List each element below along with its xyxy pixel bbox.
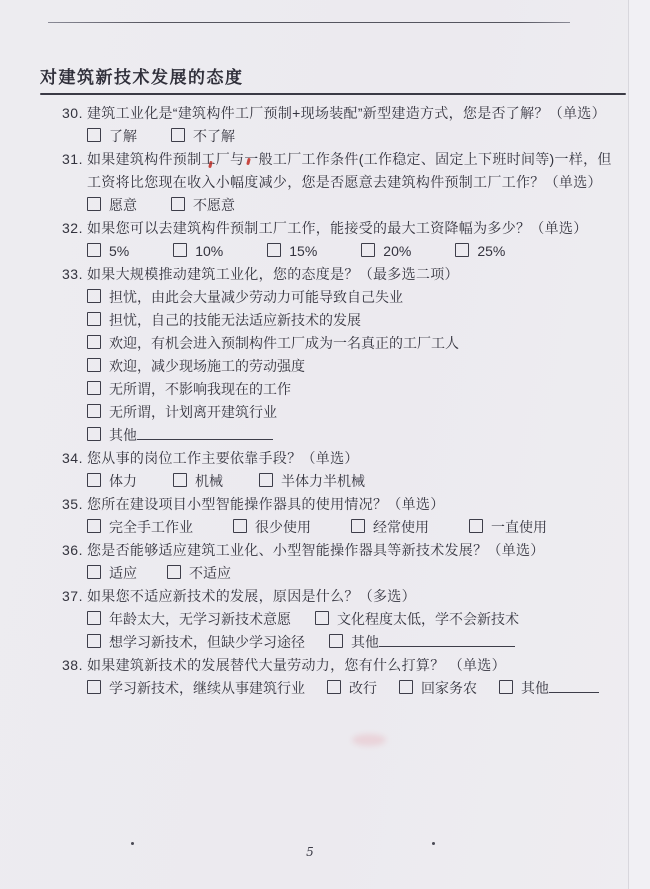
answer-option[interactable]: 回家务农	[399, 677, 477, 700]
question-body: 您是否能够适应建筑工业化、小型智能操作器具等新技术发展？（单选）适应不适应	[87, 539, 626, 585]
checkbox-icon[interactable]	[399, 680, 413, 694]
answer-option[interactable]: 其他	[329, 631, 515, 654]
options-row: 想学习新技术，但缺少学习途径其他	[87, 631, 626, 654]
option-label: 愿意	[109, 197, 137, 213]
options-row: 了解不了解	[87, 125, 626, 148]
options-row: 担忧，由此会大量减少劳动力可能导致自己失业	[87, 286, 626, 309]
answer-option[interactable]: 很少使用	[233, 516, 311, 539]
checkbox-icon[interactable]	[87, 381, 101, 395]
answer-option[interactable]: 无所谓，不影响我现在的工作	[87, 378, 291, 401]
option-label: 欢迎，有机会进入预制构件工厂成为一名真正的工厂工人	[109, 335, 459, 351]
answer-option[interactable]: 机械	[173, 470, 223, 493]
option-label: 担忧，自己的技能无法适应新技术的发展	[109, 312, 361, 328]
checkbox-icon[interactable]	[87, 680, 101, 694]
question-text: 如果您可以去建筑构件预制工厂工作，能接受的最大工资降幅为多少？（单选）	[87, 217, 626, 240]
option-label: 20%	[383, 243, 411, 259]
question-body: 如果建筑构件预制工厂与一般工厂工作条件(工作稳定、固定上下班时间等)一样，但工资…	[87, 148, 626, 217]
question-number: 37.	[62, 585, 87, 608]
options-row: 担忧，自己的技能无法适应新技术的发展	[87, 309, 626, 332]
fill-in-blank-line[interactable]	[137, 425, 273, 440]
option-label: 文化程度太低，学不会新技术	[337, 611, 519, 627]
answer-option[interactable]: 适应	[87, 562, 137, 585]
question-body: 如果您可以去建筑构件预制工厂工作，能接受的最大工资降幅为多少？（单选）5%10%…	[87, 217, 626, 263]
question-text: 如果大规模推动建筑工业化，您的态度是？（最多选二项）	[87, 263, 626, 286]
answer-option[interactable]: 担忧，由此会大量减少劳动力可能导致自己失业	[87, 286, 403, 309]
option-label: 学习新技术，继续从事建筑行业	[109, 680, 305, 696]
page-edge-strip	[629, 0, 650, 889]
option-label: 5%	[109, 243, 129, 259]
option-label: 其他	[351, 634, 379, 650]
checkbox-icon[interactable]	[87, 289, 101, 303]
checkbox-icon[interactable]	[315, 611, 329, 625]
option-label: 了解	[109, 128, 137, 144]
options-row: 无所谓，计划离开建筑行业	[87, 401, 626, 424]
option-label: 无所谓，不影响我现在的工作	[109, 381, 291, 397]
option-label: 适应	[109, 565, 137, 581]
answer-option[interactable]: 文化程度太低，学不会新技术	[315, 608, 519, 631]
question-30: 30.建筑工业化是“建筑构件工厂预制+现场装配”新型建造方式，您是否了解？（单选…	[62, 102, 626, 148]
option-label: 很少使用	[255, 519, 311, 535]
options-row: 欢迎，有机会进入预制构件工厂成为一名真正的工厂工人	[87, 332, 626, 355]
checkbox-icon[interactable]	[173, 243, 187, 257]
scanned-survey-page: { "page": { "title": "对建筑新技术发展的态度", "pag…	[0, 0, 650, 889]
page-edge-crease	[628, 0, 629, 889]
question-number: 32.	[62, 217, 87, 240]
option-label: 一直使用	[491, 519, 547, 535]
checkbox-icon[interactable]	[329, 634, 343, 648]
answer-option[interactable]: 半体力半机械	[259, 470, 365, 493]
checkbox-icon[interactable]	[87, 358, 101, 372]
answer-option[interactable]: 25%	[455, 240, 505, 263]
question-text: 建筑工业化是“建筑构件工厂预制+现场装配”新型建造方式，您是否了解？（单选）	[87, 102, 626, 125]
option-label: 体力	[109, 473, 137, 489]
top-scan-line	[48, 22, 570, 23]
options-row: 愿意不愿意	[87, 194, 626, 217]
checkbox-icon[interactable]	[259, 473, 273, 487]
answer-option[interactable]: 不愿意	[171, 194, 235, 217]
question-number: 34.	[62, 447, 87, 470]
option-label: 完全手工作业	[109, 519, 193, 535]
option-label: 不了解	[193, 128, 235, 144]
option-label: 经常使用	[373, 519, 429, 535]
option-label: 想学习新技术，但缺少学习途径	[109, 634, 305, 650]
checkbox-icon[interactable]	[469, 519, 483, 533]
question-body: 如果您不适应新技术的发展，原因是什么？（多选）年龄太大，无学习新技术意愿文化程度…	[87, 585, 626, 654]
option-label: 15%	[289, 243, 317, 259]
question-38: 38.如果建筑新技术的发展替代大量劳动力，您有什么打算？ （单选）学习新技术，继…	[62, 654, 626, 700]
checkbox-icon[interactable]	[87, 565, 101, 579]
page-number: 5	[0, 845, 620, 859]
answer-option[interactable]: 其他	[87, 424, 273, 447]
checkbox-icon[interactable]	[87, 404, 101, 418]
question-33: 33.如果大规模推动建筑工业化，您的态度是？（最多选二项）担忧，由此会大量减少劳…	[62, 263, 626, 447]
question-text: 如果建筑新技术的发展替代大量劳动力，您有什么打算？ （单选）	[87, 654, 626, 677]
options-row: 无所谓，不影响我现在的工作	[87, 378, 626, 401]
answer-option[interactable]: 体力	[87, 470, 137, 493]
question-number: 38.	[62, 654, 87, 677]
answer-option[interactable]: 无所谓，计划离开建筑行业	[87, 401, 277, 424]
question-number: 30.	[62, 102, 87, 125]
checkbox-icon[interactable]	[327, 680, 341, 694]
options-row: 年龄太大，无学习新技术意愿文化程度太低，学不会新技术	[87, 608, 626, 631]
option-label: 机械	[195, 473, 223, 489]
options-row: 体力机械半体力半机械	[87, 470, 626, 493]
answer-option[interactable]: 学习新技术，继续从事建筑行业	[87, 677, 305, 700]
checkbox-icon[interactable]	[87, 634, 101, 648]
option-label: 不适应	[189, 565, 231, 581]
answer-option[interactable]: 经常使用	[351, 516, 429, 539]
answer-option[interactable]: 20%	[361, 240, 411, 263]
pink-ink-smudge	[352, 734, 386, 746]
checkbox-icon[interactable]	[87, 243, 101, 257]
checkbox-icon[interactable]	[87, 473, 101, 487]
checkbox-icon[interactable]	[87, 427, 101, 441]
option-label: 10%	[195, 243, 223, 259]
option-label: 改行	[349, 680, 377, 696]
options-row: 适应不适应	[87, 562, 626, 585]
question-number: 35.	[62, 493, 87, 516]
checkbox-icon[interactable]	[87, 312, 101, 326]
answer-option[interactable]: 欢迎，减少现场施工的劳动强度	[87, 355, 305, 378]
options-row: 5%10%15%20%25%	[87, 240, 626, 263]
answer-option[interactable]: 10%	[173, 240, 223, 263]
answer-option[interactable]: 了解	[87, 125, 137, 148]
checkbox-icon[interactable]	[167, 565, 181, 579]
question-32: 32.如果您可以去建筑构件预制工厂工作，能接受的最大工资降幅为多少？（单选）5%…	[62, 217, 626, 263]
option-label: 年龄太大，无学习新技术意愿	[109, 611, 291, 627]
answer-option[interactable]: 愿意	[87, 194, 137, 217]
option-label: 无所谓，计划离开建筑行业	[109, 404, 277, 420]
option-label: 担忧，由此会大量减少劳动力可能导致自己失业	[109, 289, 403, 305]
options-row: 其他	[87, 424, 626, 447]
options-row: 欢迎，减少现场施工的劳动强度	[87, 355, 626, 378]
options-row: 完全手工作业很少使用经常使用一直使用	[87, 516, 626, 539]
checkbox-icon[interactable]	[173, 473, 187, 487]
option-label: 欢迎，减少现场施工的劳动强度	[109, 358, 305, 374]
question-text: 如果建筑构件预制工厂与一般工厂工作条件(工作稳定、固定上下班时间等)一样，但工资…	[87, 148, 626, 194]
checkbox-icon[interactable]	[171, 197, 185, 211]
question-text: 如果您不适应新技术的发展，原因是什么？（多选）	[87, 585, 626, 608]
answer-option[interactable]: 年龄太大，无学习新技术意愿	[87, 608, 291, 631]
question-text: 您所在建设项目小型智能操作器具的使用情况？（单选）	[87, 493, 626, 516]
checkbox-icon[interactable]	[233, 519, 247, 533]
answer-option[interactable]: 不适应	[167, 562, 231, 585]
option-label: 半体力半机械	[281, 473, 365, 489]
checkbox-icon[interactable]	[87, 128, 101, 142]
answer-option[interactable]: 欢迎，有机会进入预制构件工厂成为一名真正的工厂工人	[87, 332, 459, 355]
checkbox-icon[interactable]	[351, 519, 365, 533]
checkbox-icon[interactable]	[361, 243, 375, 257]
option-label: 不愿意	[193, 197, 235, 213]
answer-option[interactable]: 其他	[499, 677, 599, 700]
answer-option[interactable]: 完全手工作业	[87, 516, 193, 539]
question-text: 您从事的岗位工作主要依靠手段？（单选）	[87, 447, 626, 470]
question-body: 如果建筑新技术的发展替代大量劳动力，您有什么打算？ （单选）学习新技术，继续从事…	[87, 654, 626, 700]
checkbox-icon[interactable]	[267, 243, 281, 257]
option-label: 其他	[109, 427, 137, 443]
answer-option[interactable]: 15%	[267, 240, 317, 263]
question-number: 33.	[62, 263, 87, 286]
checkbox-icon[interactable]	[499, 680, 513, 694]
checkbox-icon[interactable]	[171, 128, 185, 142]
question-body: 如果大规模推动建筑工业化，您的态度是？（最多选二项）担忧，由此会大量减少劳动力可…	[87, 263, 626, 447]
question-body: 建筑工业化是“建筑构件工厂预制+现场装配”新型建造方式，您是否了解？（单选）了解…	[87, 102, 626, 148]
checkbox-icon[interactable]	[455, 243, 469, 257]
question-number: 31.	[62, 148, 87, 171]
answer-option[interactable]: 一直使用	[469, 516, 547, 539]
question-number: 36.	[62, 539, 87, 562]
question-34: 34.您从事的岗位工作主要依靠手段？（单选）体力机械半体力半机械	[62, 447, 626, 493]
option-label: 其他	[521, 680, 549, 696]
question-text: 您是否能够适应建筑工业化、小型智能操作器具等新技术发展？（单选）	[87, 539, 626, 562]
answer-option[interactable]: 改行	[327, 677, 377, 700]
question-body: 您所在建设项目小型智能操作器具的使用情况？（单选）完全手工作业很少使用经常使用一…	[87, 493, 626, 539]
question-body: 您从事的岗位工作主要依靠手段？（单选）体力机械半体力半机械	[87, 447, 626, 493]
fill-in-blank-line[interactable]	[379, 632, 515, 647]
fill-in-blank-line[interactable]	[549, 678, 599, 693]
answer-option[interactable]: 想学习新技术，但缺少学习途径	[87, 631, 305, 654]
option-label: 25%	[477, 243, 505, 259]
question-list: 30.建筑工业化是“建筑构件工厂预制+现场装配”新型建造方式，您是否了解？（单选…	[62, 102, 626, 700]
question-37: 37.如果您不适应新技术的发展，原因是什么？（多选）年龄太大，无学习新技术意愿文…	[62, 585, 626, 654]
title-underline	[40, 93, 626, 95]
answer-option[interactable]: 5%	[87, 240, 129, 263]
checkbox-icon[interactable]	[87, 335, 101, 349]
survey-sheet: 对建筑新技术发展的态度 30.建筑工业化是“建筑构件工厂预制+现场装配”新型建造…	[40, 66, 626, 700]
question-35: 35.您所在建设项目小型智能操作器具的使用情况？（单选）完全手工作业很少使用经常…	[62, 493, 626, 539]
question-36: 36.您是否能够适应建筑工业化、小型智能操作器具等新技术发展？（单选）适应不适应	[62, 539, 626, 585]
checkbox-icon[interactable]	[87, 611, 101, 625]
answer-option[interactable]: 担忧，自己的技能无法适应新技术的发展	[87, 309, 361, 332]
question-31: 31.如果建筑构件预制工厂与一般工厂工作条件(工作稳定、固定上下班时间等)一样，…	[62, 148, 626, 217]
checkbox-icon[interactable]	[87, 197, 101, 211]
section-title: 对建筑新技术发展的态度	[40, 66, 626, 90]
options-row: 学习新技术，继续从事建筑行业改行回家务农其他	[87, 677, 626, 700]
checkbox-icon[interactable]	[87, 519, 101, 533]
answer-option[interactable]: 不了解	[171, 125, 235, 148]
option-label: 回家务农	[421, 680, 477, 696]
